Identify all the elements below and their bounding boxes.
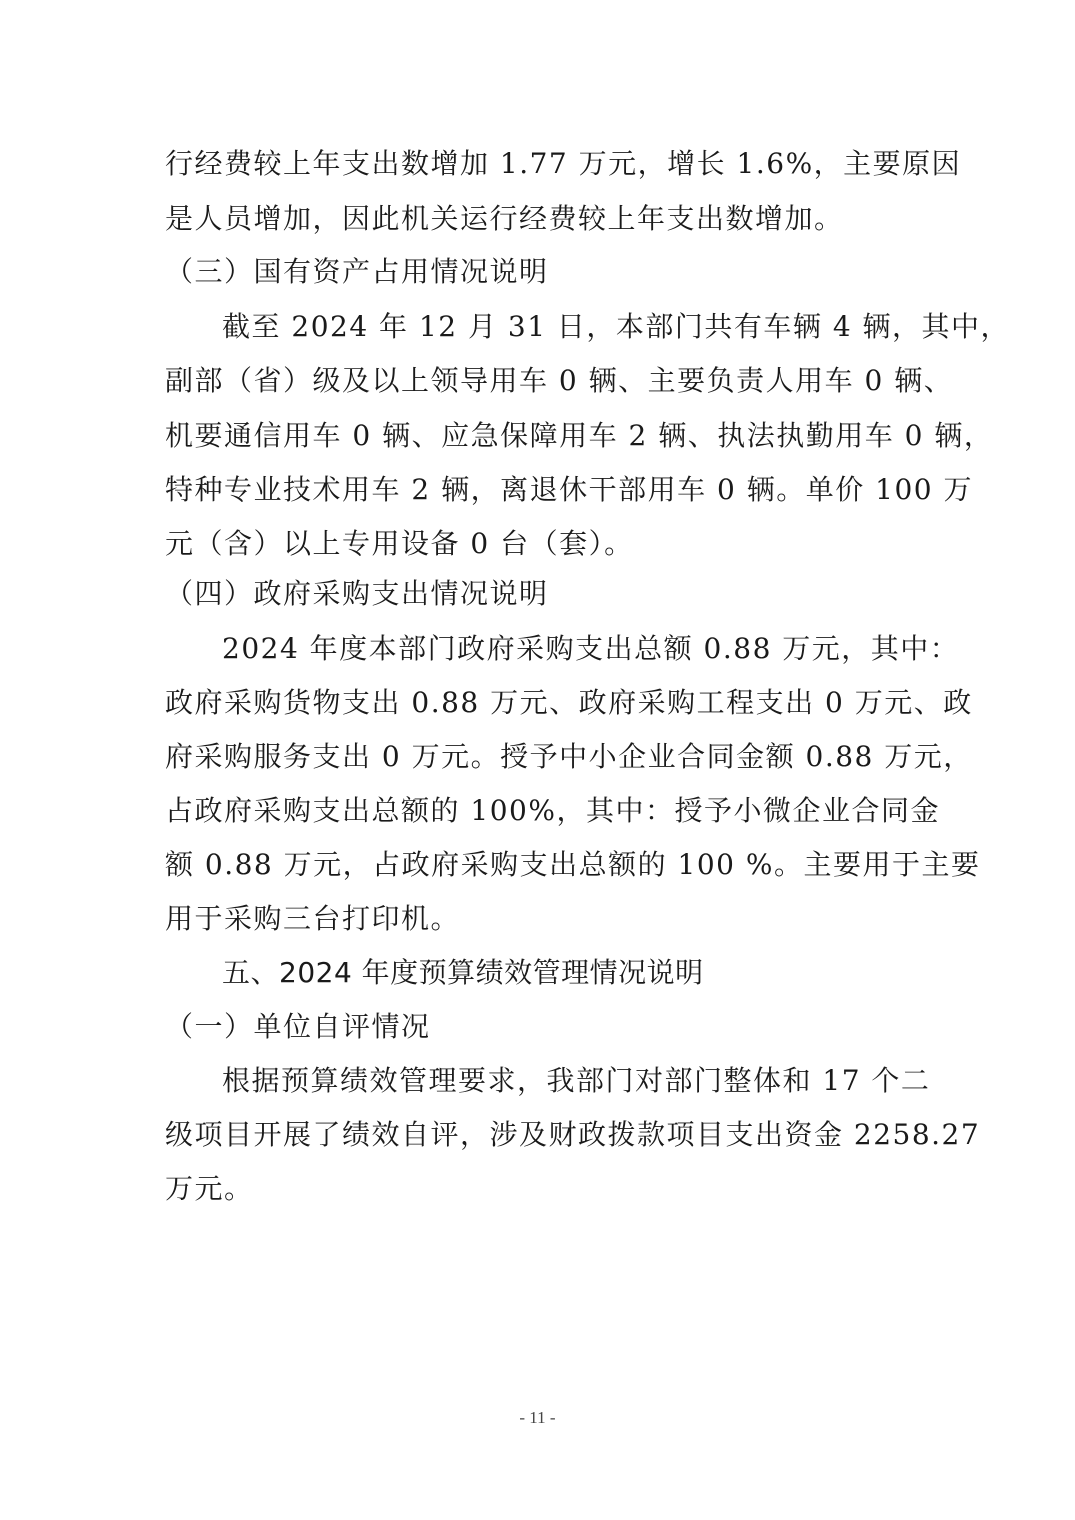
paragraph-line: 机要通信用车 0 辆、应急保障用车 2 辆、执法执勤用车 0 辆， (165, 418, 915, 454)
paragraph-line: 万元。 (165, 1171, 915, 1207)
paragraph-line: 根据预算绩效管理要求，我部门对部门整体和 17 个二 (222, 1063, 915, 1099)
paragraph-line: 特种专业技术用车 2 辆，离退休干部用车 0 辆。单价 100 万 (165, 472, 915, 508)
paragraph-line: 府采购服务支出 0 万元。授予中小企业合同金额 0.88 万元， (165, 739, 915, 775)
subsection-heading: （一）单位自评情况 (165, 1009, 915, 1045)
paragraph-line: 额 0.88 万元，占政府采购支出总额的 100 %。主要用于主要 (165, 847, 915, 883)
paragraph-line: 政府采购货物支出 0.88 万元、政府采购工程支出 0 万元、政 (165, 685, 915, 721)
page-number: - 11 - (0, 1408, 1075, 1428)
section-heading-4: （四）政府采购支出情况说明 (165, 576, 915, 612)
paragraph-line: 副部（省）级及以上领导用车 0 辆、主要负责人用车 0 辆、 (165, 363, 915, 399)
paragraph-line: 级项目开展了绩效自评，涉及财政拨款项目支出资金 2258.27 (165, 1117, 915, 1153)
paragraph-line: 用于采购三台打印机。 (165, 901, 915, 937)
paragraph-line: 是人员增加，因此机关运行经费较上年支出数增加。 (165, 201, 915, 237)
paragraph-line: 行经费较上年支出数增加 1.77 万元，增长 1.6%，主要原因 (165, 146, 915, 182)
section-heading-3: （三）国有资产占用情况说明 (165, 254, 915, 290)
paragraph-line: 元（含）以上专用设备 0 台（套）。 (165, 526, 915, 562)
section-heading-5: 五、2024 年度预算绩效管理情况说明 (222, 955, 972, 991)
paragraph-line: 占政府采购支出总额的 100%，其中：授予小微企业合同金 (165, 793, 915, 829)
paragraph-line: 2024 年度本部门政府采购支出总额 0.88 万元，其中： (222, 631, 915, 667)
paragraph-line: 截至 2024 年 12 月 31 日，本部门共有车辆 4 辆，其中， (222, 309, 915, 345)
